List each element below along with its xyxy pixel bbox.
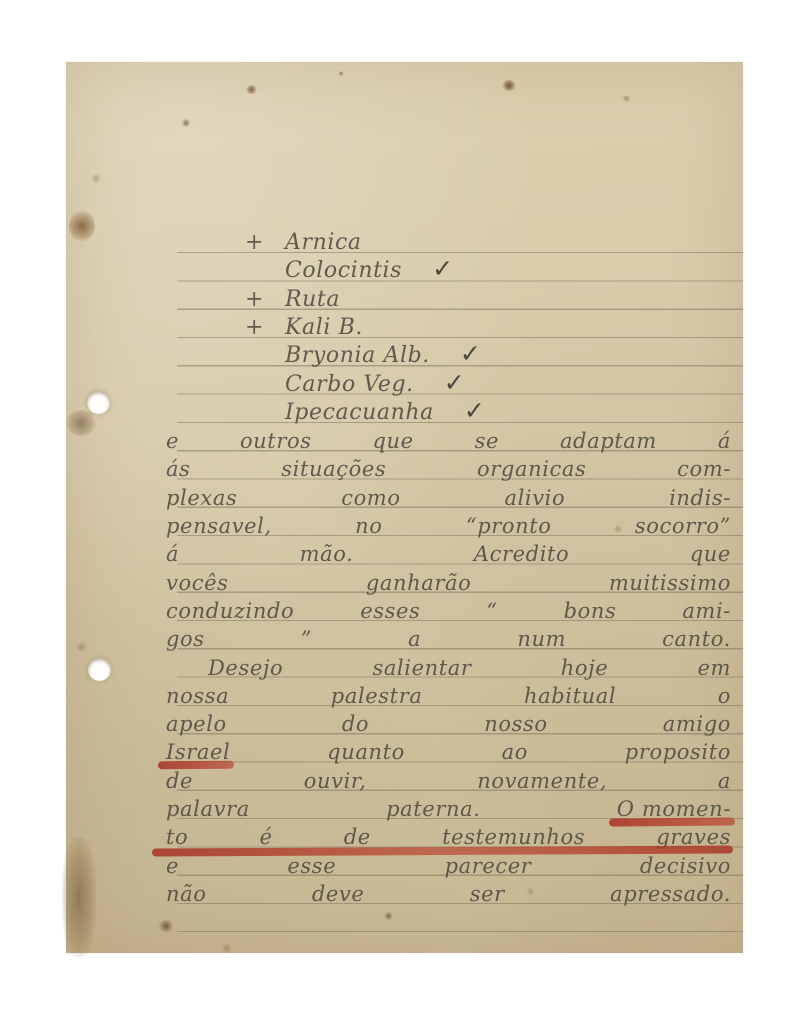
word: é [260,825,273,849]
remedy-name: Carbo Veg. [285,372,414,397]
word: muitissimo [609,571,731,595]
word: amigo [663,712,731,736]
word: Desejo [208,656,283,680]
word: proposito [625,740,731,764]
word: num [517,627,566,651]
stain [90,174,102,183]
check-icon: ✓ [432,254,454,283]
stain [221,944,233,953]
word: novamente, [477,769,607,793]
word: “ [486,599,497,623]
text-line: Desejosalientarhojeem [208,650,731,680]
word: hoje [561,656,609,680]
word: to [166,825,188,849]
word: gos [166,627,205,651]
word: ás [166,457,191,481]
word: canto. [662,627,731,651]
word: com- [677,457,731,481]
word: se [475,429,499,453]
word: organicas [477,457,586,481]
word: decisivo [640,854,731,878]
word: palavra [166,797,250,821]
word: salientar [372,656,471,680]
remedy-name: Ruta [285,287,340,312]
stain [502,80,516,91]
remedy-item: +Arnica [245,225,362,255]
word: a [408,627,421,651]
word: parecer [445,854,532,878]
word: paterna. [386,797,480,821]
word: não [166,882,207,906]
remedy-item: +Ruta [245,282,340,312]
plus-marker: + [245,287,285,312]
word: adaptam [560,429,657,453]
remedy-name: Arnica [285,230,362,255]
word: quanto [327,740,405,764]
word: socorro” [635,514,731,538]
text-line: apelodonossoamigo [166,706,731,736]
text-line: toédetestemunhosgraves [166,819,731,849]
word: de [166,769,193,793]
remedy-item: Ipecacuanha✓ [245,395,485,425]
word: graves [656,825,731,849]
text-line: nãodeveserapressado. [166,876,731,906]
check-icon: ✓ [444,368,466,397]
stain [338,71,344,76]
word: do [342,712,369,736]
word: pensavel, [166,514,272,538]
stain [246,85,257,94]
word: e [166,854,179,878]
word: “pronto [466,514,552,538]
stain [622,95,631,102]
stain [158,920,174,932]
remedy-name: Kali B. [285,315,363,340]
remedy-name: Bryonia Alb. [285,343,430,368]
text-line: plexascomoalivioindis- [166,480,731,510]
word: Acredito [474,542,569,566]
word: que [373,429,414,453]
stain [66,410,96,436]
word: nosso [484,712,547,736]
plus-marker: + [245,230,285,255]
punch-hole-bottom [88,658,111,681]
text-line: eoutrosqueseadaptamá [166,423,731,453]
word: á [718,429,731,453]
remedy-name: Colocintis [285,258,402,283]
word: deve [312,882,365,906]
text-line: Israelquantoaoproposito [166,734,731,764]
red-underlined-text: Israel [166,740,230,764]
word: situações [281,457,386,481]
stain [62,837,96,957]
remedy-name: Ipecacuanha [285,400,434,425]
red-underlined-text: O momen- [617,797,731,821]
word: mão. [300,542,354,566]
word: e [166,429,179,453]
remedy-item: +Kali B. [245,310,363,340]
text-line: vocêsganharãomuitissimo [166,565,731,595]
text-line: eesseparecerdecisivo [166,848,731,878]
word: ganharão [366,571,472,595]
stain [181,119,191,127]
manuscript-page: +ArnicaColocintis✓+Ruta+Kali B.Bryonia A… [66,62,743,953]
plus-marker: + [245,315,285,340]
check-icon: ✓ [464,396,486,425]
text-line: palavrapaterna.O momen- [166,791,731,821]
text-line: deouvir,novamente,a [166,763,731,793]
word: ” [301,627,312,651]
word: apelo [166,712,227,736]
word: ami- [682,599,731,623]
word: ao [502,740,528,764]
word: de [344,825,371,849]
word: habitual [524,684,616,708]
text-line: ámão.Acreditoque [166,536,731,566]
word: bons [564,599,617,623]
word: palestra [331,684,423,708]
stain [69,210,95,242]
punch-hole-top [87,391,110,414]
word: alivio [504,486,565,510]
word: no [355,514,382,538]
remedy-item: Colocintis✓ [245,253,454,283]
word: nossa [166,684,229,708]
word: em [697,656,731,680]
text-line: conduzindoesses“bonsami- [166,593,731,623]
text-line: ássituaçõesorganicascom- [166,451,731,481]
check-icon: ✓ [460,339,482,368]
word: vocês [166,571,228,595]
word: plexas [166,486,237,510]
word: indis- [669,486,731,510]
word: ser [470,882,505,906]
word: esses [360,599,420,623]
word: ouvir, [304,769,367,793]
text-line: gos”anumcanto. [166,621,731,651]
word: que [690,542,731,566]
word: outros [240,429,312,453]
stain [75,642,88,652]
word: conduzindo [166,599,294,623]
remedy-item: Bryonia Alb.✓ [245,338,481,368]
remedy-item: Carbo Veg.✓ [245,367,465,397]
word: apressado. [610,882,731,906]
word: como [341,486,400,510]
text-line: nossapalestrahabitualo [166,678,731,708]
word: a [718,769,731,793]
word: o [718,684,731,708]
word: testemunhos [442,825,585,849]
word: á [166,542,179,566]
text-line: pensavel,no“prontosocorro” [166,508,731,538]
word: esse [287,854,336,878]
